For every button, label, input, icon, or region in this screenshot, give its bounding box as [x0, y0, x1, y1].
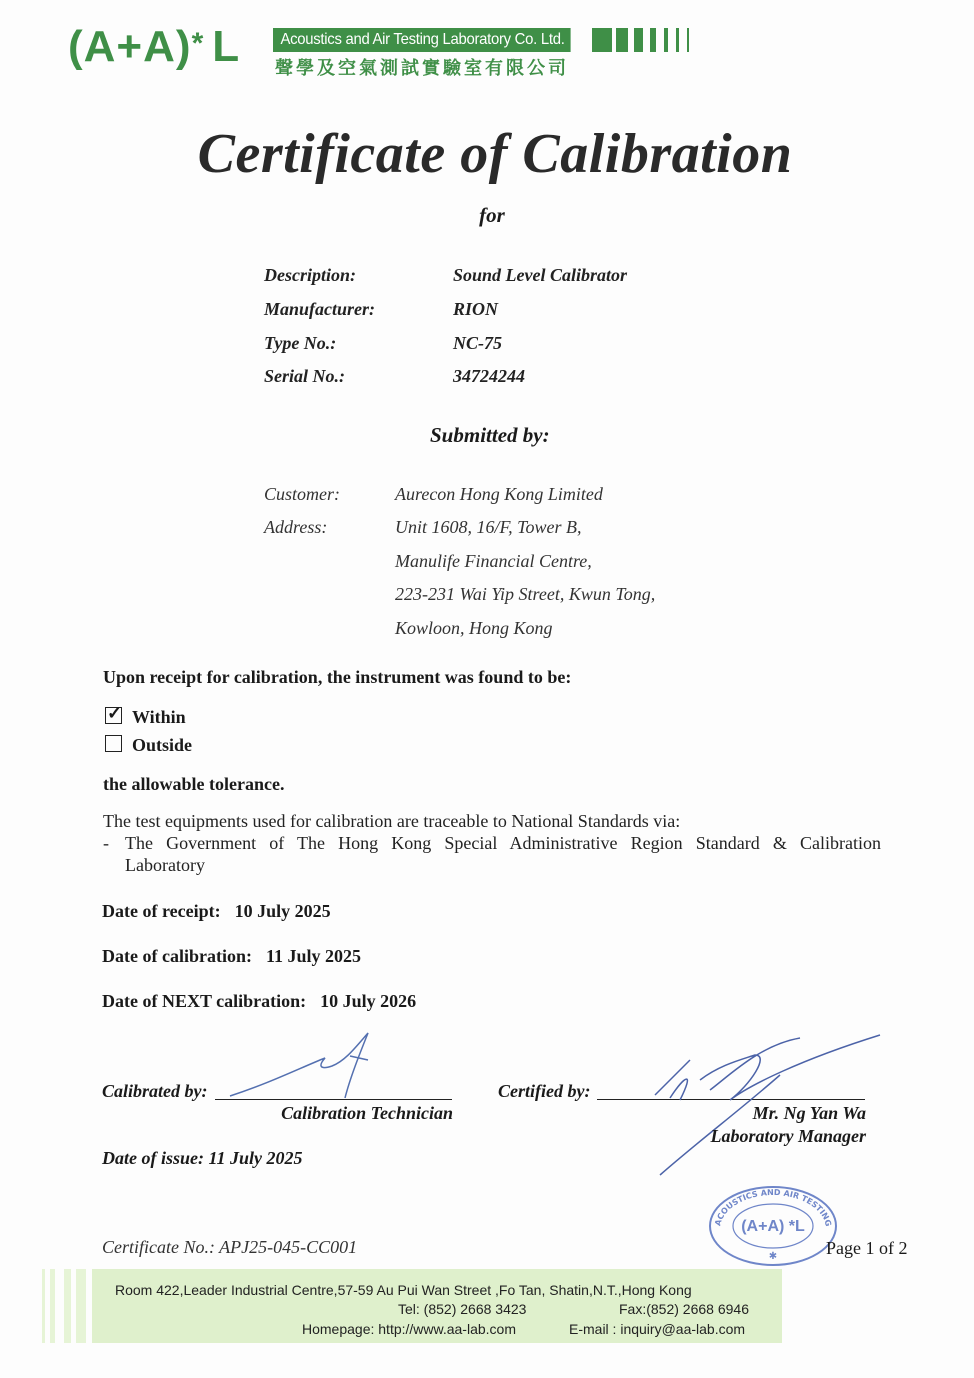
technician-signature — [220, 1028, 380, 1103]
within-checkbox[interactable]: ✓ — [105, 707, 122, 724]
date-of-next-calibration: Date of NEXT calibration:10 July 2026 — [102, 991, 416, 1012]
description-value: Sound Level Calibrator — [453, 265, 627, 286]
certifier-name: Mr. Ng Yan Wa — [600, 1103, 866, 1124]
date-of-issue: Date of issue: 11 July 2025 — [102, 1148, 303, 1169]
customer-label: Customer: — [264, 484, 340, 505]
manufacturer-value: RION — [453, 299, 498, 320]
calibrated-by-label: Calibrated by: — [102, 1081, 208, 1102]
traceability-bullet-cont: Laboratory — [125, 855, 205, 876]
footer-tel: Tel: (852) 2668 3423 — [398, 1301, 526, 1317]
tolerance-text: the allowable tolerance. — [103, 774, 284, 795]
address-line: Manulife Financial Centre, — [395, 551, 592, 572]
serial-no-label: Serial No.: — [264, 366, 345, 387]
certifier-role: Laboratory Manager — [600, 1126, 866, 1147]
company-name-cn: 聲學及空氣測試實驗室有限公司 — [275, 54, 569, 80]
address-line: Unit 1608, 16/F, Tower B, — [395, 517, 582, 538]
traceability-bullet: - The Government of The Hong Kong Specia… — [103, 833, 881, 854]
description-label: Description: — [264, 265, 356, 286]
address-line: 223-231 Wai Yip Street, Kwun Tong, — [395, 584, 655, 605]
for-label: for — [0, 203, 974, 228]
serial-no-value: 34724244 — [453, 366, 525, 387]
footer-email[interactable]: E-mail : inquiry@aa-lab.com — [569, 1321, 745, 1337]
date-of-calibration: Date of calibration:11 July 2025 — [102, 946, 361, 967]
type-no-label: Type No.: — [264, 333, 336, 354]
footer-fax: Fax:(852) 2668 6946 — [619, 1301, 749, 1317]
manufacturer-label: Manufacturer: — [264, 299, 375, 320]
outside-label: Outside — [132, 735, 192, 756]
svg-text:✱: ✱ — [769, 1251, 777, 1262]
page-number: Page 1 of 2 — [826, 1238, 907, 1259]
traceability-intro: The test equipments used for calibration… — [103, 811, 680, 832]
logo-asterisk: * — [192, 27, 205, 60]
company-logo: (A+A)*L — [68, 22, 240, 77]
calibration-technician-role: Calibration Technician — [200, 1103, 453, 1124]
footer-address: Room 422,Leader Industrial Centre,57-59 … — [115, 1282, 692, 1298]
logo-l: L — [212, 22, 240, 71]
submitted-by-heading: Submitted by: — [430, 423, 550, 448]
address-line: Kowloon, Hong Kong — [395, 618, 553, 639]
certified-by-label: Certified by: — [498, 1081, 590, 1102]
type-no-value: NC-75 — [453, 333, 502, 354]
condition-intro: Upon receipt for calibration, the instru… — [103, 667, 571, 688]
address-label: Address: — [264, 517, 327, 538]
date-of-receipt: Date of receipt:10 July 2025 — [102, 901, 331, 922]
certificate-title: Certificate of Calibration — [0, 122, 974, 186]
checkmark-icon: ✓ — [107, 703, 122, 723]
within-label: Within — [132, 707, 186, 728]
certificate-number: Certificate No.: APJ25-045-CC001 — [102, 1237, 357, 1258]
company-stamp: ACOUSTICS AND AIR TESTING LABORATORY CO.… — [708, 1185, 838, 1267]
customer-value: Aurecon Hong Kong Limited — [395, 484, 603, 505]
footer-homepage[interactable]: Homepage: http://www.aa-lab.com — [302, 1321, 516, 1337]
outside-checkbox[interactable] — [105, 735, 122, 752]
logo-text: (A+A) — [68, 22, 192, 71]
svg-text:(A+A) *L: (A+A) *L — [741, 1218, 805, 1235]
company-name-en: Acoustics and Air Testing Laboratory Co.… — [273, 28, 570, 52]
